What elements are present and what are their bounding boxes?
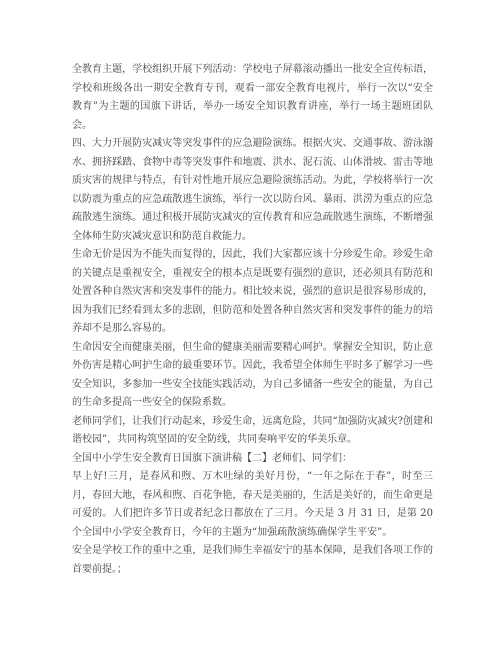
paragraph-8-safety-premise: 安全是学校工作的重中之重，是我们师生幸福安宁的基本保障，是我们各项工作的首要前提… — [72, 542, 433, 579]
document-text-block: 全教育主题，学校组织开展下列活动：学校电子屏幕滚动播出一批安全宣传标语，学校和班… — [72, 61, 433, 579]
paragraph-6-speech-two-heading: 全国中小学生安全教育日国旗下演讲稿【二】老师们、同学们： — [72, 450, 433, 469]
document-page: 全教育主题，学校组织开展下列活动：学校电子屏幕滚动播出一批安全宣传标语，学校和班… — [0, 0, 500, 647]
paragraph-2-emergency-drills: 四、大力开展防灾减灾等突发事件的应急避险演练。根据火灾、交通事故、游泳溺水、拥挤… — [72, 135, 433, 246]
paragraph-7-march-greeting: 早上好!三月，是春风和煦、万木吐绿的美好月份，“一年之际在于春”，时至三月，春回… — [72, 468, 433, 542]
paragraph-3-cherish-life: 生命无价是因为不能失而复得的，因此，我们大家都应该十分珍爱生命。珍爱生命的关键点… — [72, 246, 433, 339]
paragraph-1-education-activities: 全教育主题，学校组织开展下列活动：学校电子屏幕滚动播出一批安全宣传标语，学校和班… — [72, 61, 433, 135]
paragraph-4-safety-knowledge: 生命因安全而健康美丽，但生命的健康美丽需要精心呵护。掌握安全知识，防止意外伤害是… — [72, 339, 433, 413]
paragraph-5-call-to-action: 老师同学们，让我们行动起来，珍爱生命，远离危险，共同“加强防灾减灾?创建和谐校园… — [72, 413, 433, 450]
